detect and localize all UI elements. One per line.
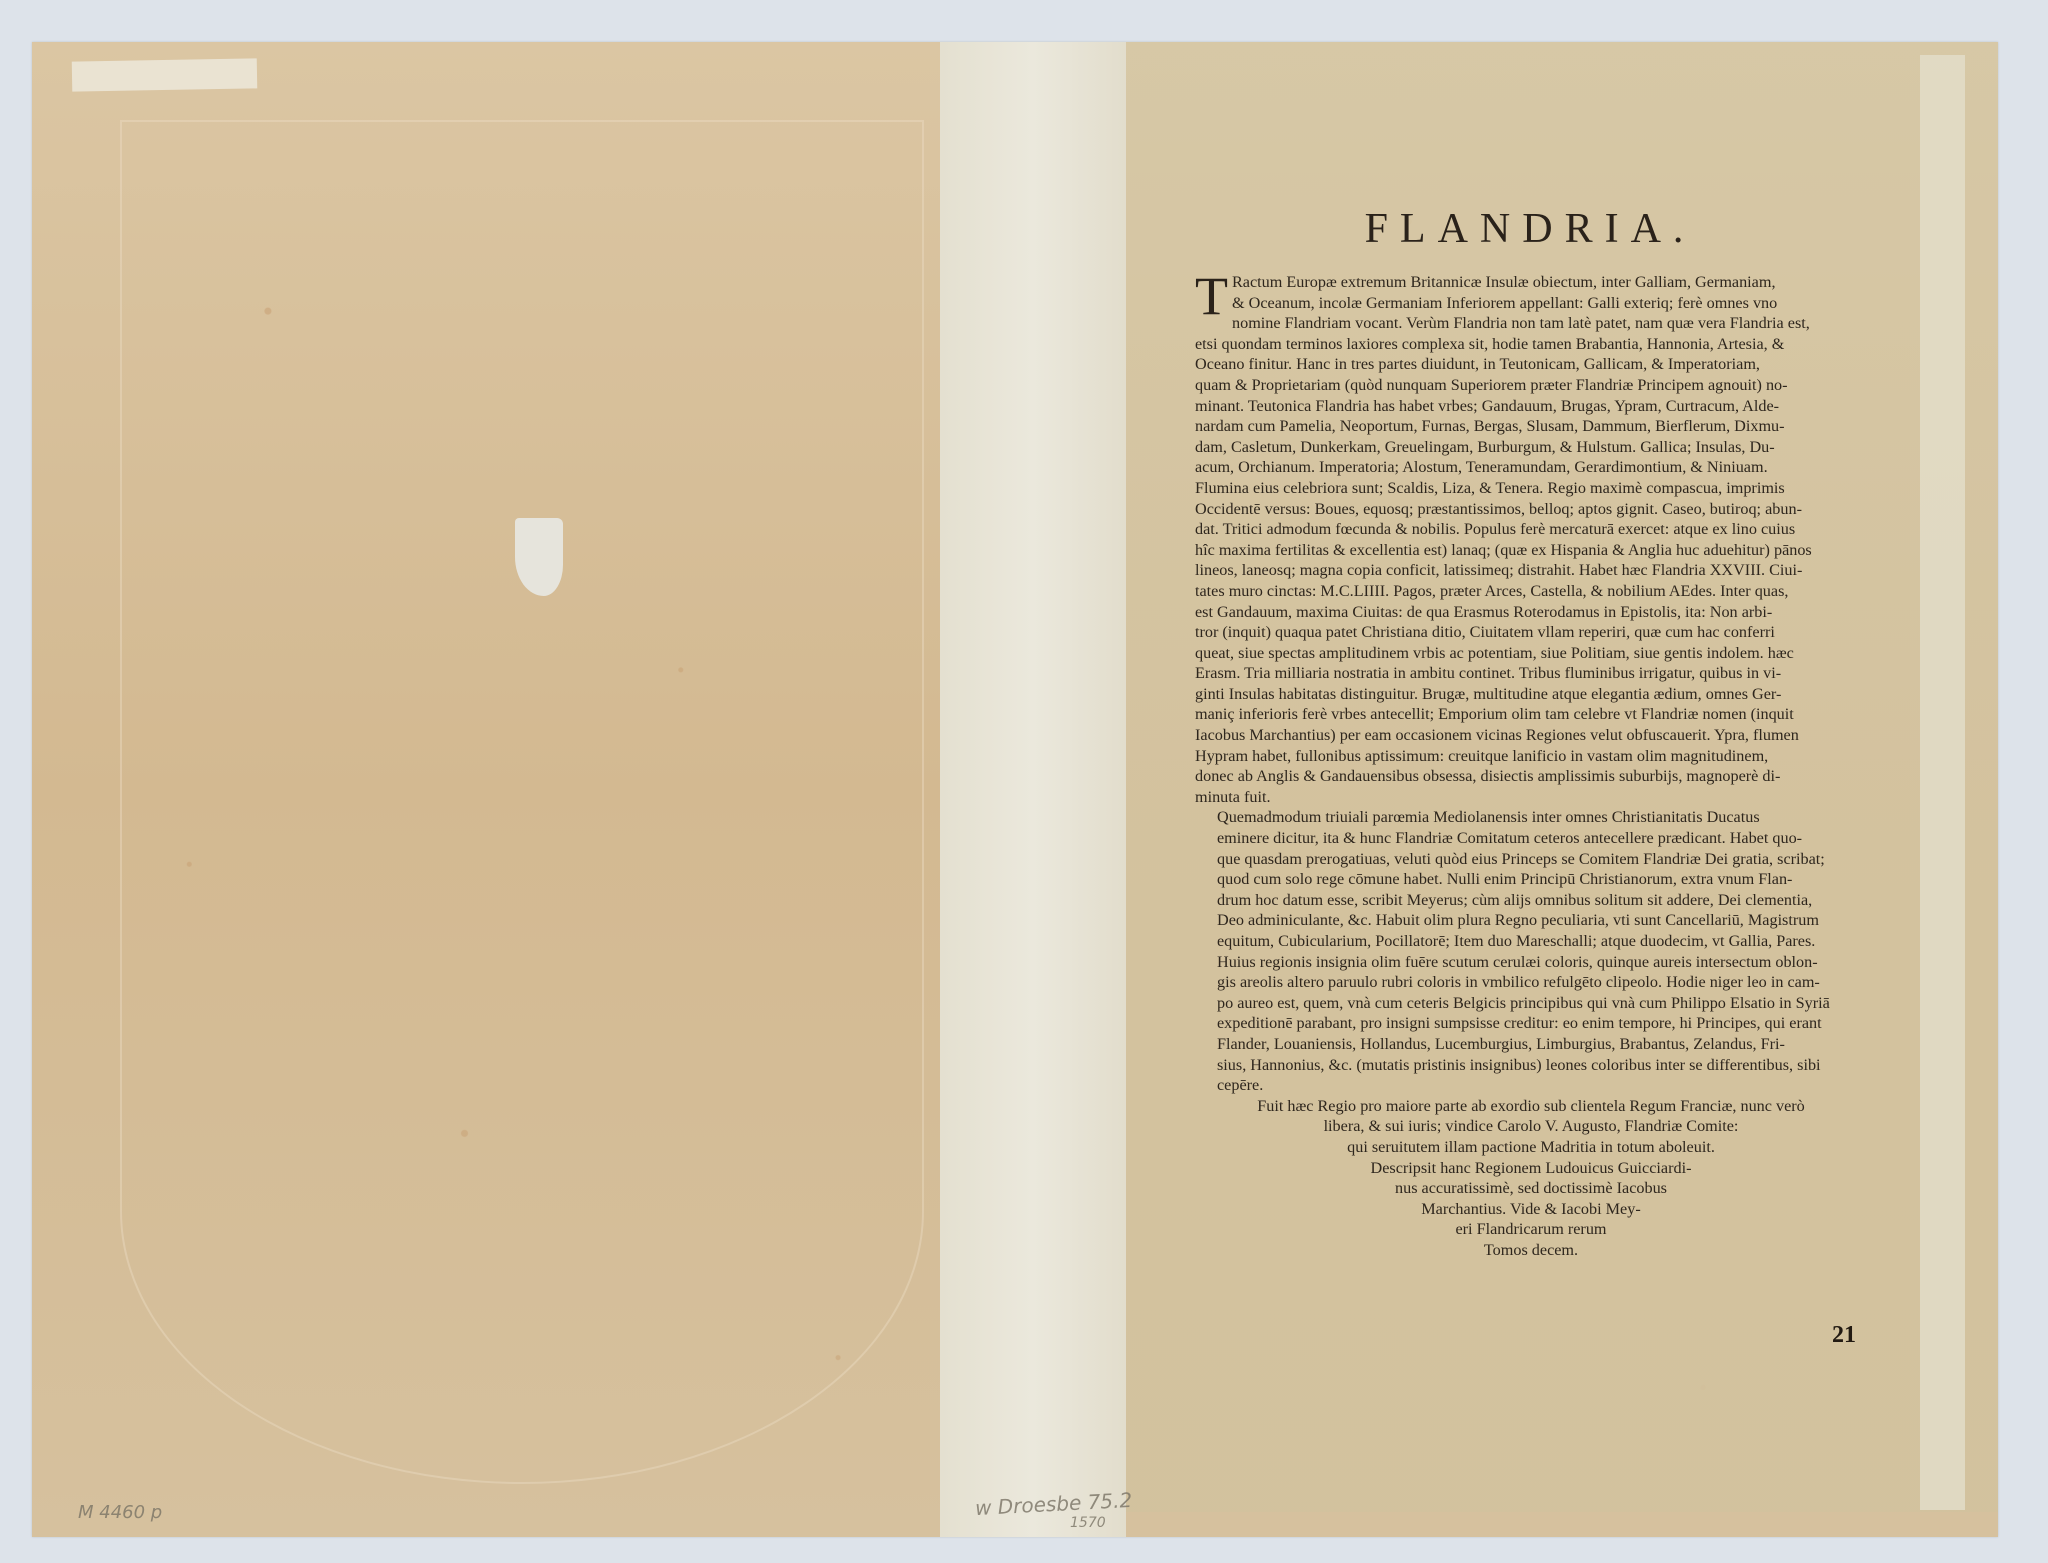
text-line: minuta fuit. [1195, 787, 1867, 808]
text-line: qui seruitutem illam pactione Madritia i… [1195, 1137, 1867, 1158]
text-line: ginti Insulas habitatas distinguitur. Br… [1195, 684, 1867, 705]
text-line: sius, Hannonius, &c. (mutatis pristinis … [1195, 1055, 1867, 1076]
text-line: quod cum solo rege cōmune habet. Nulli e… [1195, 869, 1867, 890]
text-line: & Oceanum, incolæ Germaniam Inferiorem a… [1195, 293, 1867, 314]
text-line: quam & Proprietariam (quòd nunquam Super… [1195, 375, 1867, 396]
paragraph-1-lines: Ractum Europæ extremum Britannicæ Insulæ… [1195, 272, 1867, 807]
text-line: equitum, Cubicularium, Pocillatorē; Item… [1195, 931, 1867, 952]
text-line: nus accuratissimè, sed doctissimè Iacobu… [1195, 1178, 1867, 1199]
text-line: Occidentē versus: Boues, equosq; præstan… [1195, 499, 1867, 520]
text-line: hîc maxima fertilitas & excellentia est)… [1195, 540, 1867, 561]
text-line: eminere dicitur, ita & hunc Flandriæ Com… [1195, 828, 1867, 849]
text-line: Quemadmodum triuiali parœmia Mediolanens… [1195, 807, 1867, 828]
paragraph-2-lines: Quemadmodum triuiali parœmia Mediolanens… [1195, 807, 1867, 1095]
text-line: Huius regionis insignia olim fuēre scutu… [1195, 952, 1867, 973]
body-text: T Ractum Europæ extremum Britannicæ Insu… [1195, 272, 1867, 1261]
paragraph-2: Quemadmodum triuiali parœmia Mediolanens… [1195, 807, 1867, 1095]
text-line: Tomos decem. [1195, 1240, 1867, 1261]
text-line: acum, Orchianum. Imperatoria; Alostum, T… [1195, 457, 1867, 478]
text-line: cepēre. [1195, 1075, 1867, 1096]
text-line: drum hoc datum esse, scribit Meyerus; cù… [1195, 890, 1867, 911]
pencil-annotation-bottom-sub: 1570 [1070, 1515, 1106, 1531]
text-line: Fuit hæc Regio pro maiore parte ab exord… [1195, 1096, 1867, 1117]
text-line: Erasm. Tria milliaria nostratia in ambit… [1195, 663, 1867, 684]
text-line: Deo adminiculante, &c. Habuit olim plura… [1195, 910, 1867, 931]
text-line: est Gandauum, maxima Ciuitas: de qua Era… [1195, 602, 1867, 623]
text-line: Flumina eius celebriora sunt; Scaldis, L… [1195, 478, 1867, 499]
drop-cap: T [1195, 274, 1228, 318]
text-line: Iacobus Marchantius) per eam occasionem … [1195, 725, 1867, 746]
text-line: dam, Casletum, Dunkerkam, Greuelingam, B… [1195, 437, 1867, 458]
text-line: tror (inquit) quaqua patet Christiana di… [1195, 622, 1867, 643]
show-through-map-outline [120, 120, 924, 1484]
text-line: Descripsit hanc Regionem Ludouicus Guicc… [1195, 1158, 1867, 1179]
text-line: nardam cum Pamelia, Neoportum, Furnas, B… [1195, 416, 1867, 437]
text-line: eri Flandricarum rerum [1195, 1219, 1867, 1240]
page-number: 21 [1832, 1322, 1856, 1349]
page-title: FLANDRIA. [1190, 205, 1870, 253]
text-line: queat, siue spectas amplitudinem vrbis a… [1195, 643, 1867, 664]
text-line: lineos, laneosq; magna copia conficit, l… [1195, 560, 1867, 581]
text-line: Flander, Louaniensis, Hollandus, Lucembu… [1195, 1034, 1867, 1055]
text-line: que quasdam prerogatiuas, veluti quòd ei… [1195, 849, 1867, 870]
text-line: etsi quondam terminos laxiores complexa … [1195, 334, 1867, 355]
text-line: dat. Tritici admodum fœcunda & nobilis. … [1195, 519, 1867, 540]
text-line: Hypram habet, fullonibus aptissimum: cre… [1195, 746, 1867, 767]
paragraph-1: T Ractum Europæ extremum Britannicæ Insu… [1195, 272, 1867, 807]
closing-text: Fuit hæc Regio pro maiore parte ab exord… [1195, 1096, 1867, 1261]
text-line: nomine Flandriam vocant. Verùm Flandria … [1195, 313, 1867, 334]
text-line: donec ab Anglis & Gandauensibus obsessa,… [1195, 766, 1867, 787]
hinge-tape [72, 58, 257, 91]
center-fold-strip [940, 42, 1126, 1537]
text-line: Oceano finitur. Hanc in tres partes diui… [1195, 354, 1867, 375]
text-line: Ractum Europæ extremum Britannicæ Insulæ… [1195, 272, 1867, 293]
text-line: gis areolis altero paruulo rubri coloris… [1195, 972, 1867, 993]
text-line: po aureo est, quem, vnà cum ceteris Belg… [1195, 993, 1867, 1014]
pencil-annotation-left: M 4460 p [78, 1502, 162, 1523]
text-line: Marchantius. Vide & Iacobi Mey- [1195, 1199, 1867, 1220]
text-line: expeditionē parabant, pro insigni sumpsi… [1195, 1013, 1867, 1034]
text-line: tates muro cinctas: M.C.LIIII. Pagos, pr… [1195, 581, 1867, 602]
text-line: maniç inferioris ferè vrbes antecellit; … [1195, 704, 1867, 725]
text-line: minant. Teutonica Flandria has habet vrb… [1195, 396, 1867, 417]
right-margin-strip [1920, 55, 1965, 1510]
text-line: libera, & sui iuris; vindice Carolo V. A… [1195, 1116, 1867, 1137]
